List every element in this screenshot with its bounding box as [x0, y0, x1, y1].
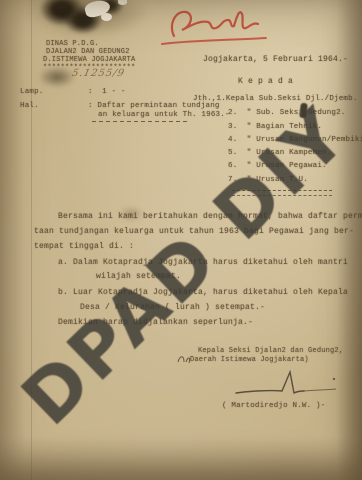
ink-signature-mark: [230, 366, 342, 404]
torn-paper-patch: [118, 0, 127, 5]
recipient-item: 7. " Urusan T.U.: [228, 176, 308, 185]
body-line: b. Luar Kotapradja Jogjakarta, harus dik…: [58, 288, 348, 297]
handwritten-check-mark: [176, 353, 192, 365]
body-line: Demikian harap didjalankan seperlunja.-: [58, 318, 253, 327]
body-line: Desa / Kelurahan ( lurah ) setempat.-: [80, 303, 265, 312]
reference-number: 5.1255/9: [71, 68, 126, 79]
fold-crease-line: [31, 0, 32, 480]
subject-value-line2: an keluarga untuk Th. 1963.-: [98, 111, 230, 120]
recipient-item: 4. " Urusan Bangunan/Pembikinan.: [228, 136, 362, 145]
recipient-item: 2. " Sub. Seksi Gedung2.: [228, 109, 346, 118]
signer-name: ( Martodiredjo N.W. )-: [222, 402, 325, 411]
subject-label: Hal.: [20, 102, 39, 111]
recipient-item: 5. " Urusan Kampemen.: [228, 149, 331, 158]
body-line: a. Dalam Kotapradja Jogjakarta harus dik…: [58, 258, 348, 267]
torn-paper-patch: [101, 13, 112, 21]
body-line: wilajah setempat.: [96, 272, 181, 281]
body-line: Bersama ini kami beritahukan dengan horm…: [58, 212, 362, 221]
letterhead-section: DJALAN2 DAN GEDUNG2: [46, 48, 130, 56]
subject-underline: [92, 121, 189, 122]
body-line: tempat tinggal di. :: [34, 242, 134, 251]
scanned-letter-page: DINAS P.D.G. DJALAN2 DAN GEDUNG2 D.ISTIM…: [0, 0, 362, 480]
letterhead-region: D.ISTIMEWA JOGJAKARTA: [43, 56, 135, 64]
attachment-value: : 1 - -: [88, 88, 126, 97]
recipient-item: 3. " Bagian Tehnik.: [228, 123, 322, 132]
signer-title-line1: Kepala Seksi Djalan2 dan Gedung2,: [198, 347, 343, 355]
red-ink-paraf-mark: [160, 2, 275, 50]
body-line: taan tundjangan keluarga untuk tahun 196…: [34, 227, 354, 236]
dateline: Jogjakarta, 5 Februari 1964.-: [203, 55, 348, 64]
letterhead-agency: DINAS P.D.G.: [46, 40, 99, 48]
recipient-line: Jth.,1.Kepala Sub.Seksi Djl./Djemb.: [193, 95, 358, 104]
signer-title-line2: Daerah Istimewa Jogjakarta): [190, 356, 309, 364]
attachment-label: Lamp.: [20, 88, 44, 97]
recipient-list-divider: [232, 190, 332, 196]
kepada-heading: K e p a d a: [238, 77, 293, 86]
recipient-item: 6. " Urusan Pegawai.: [228, 162, 327, 171]
